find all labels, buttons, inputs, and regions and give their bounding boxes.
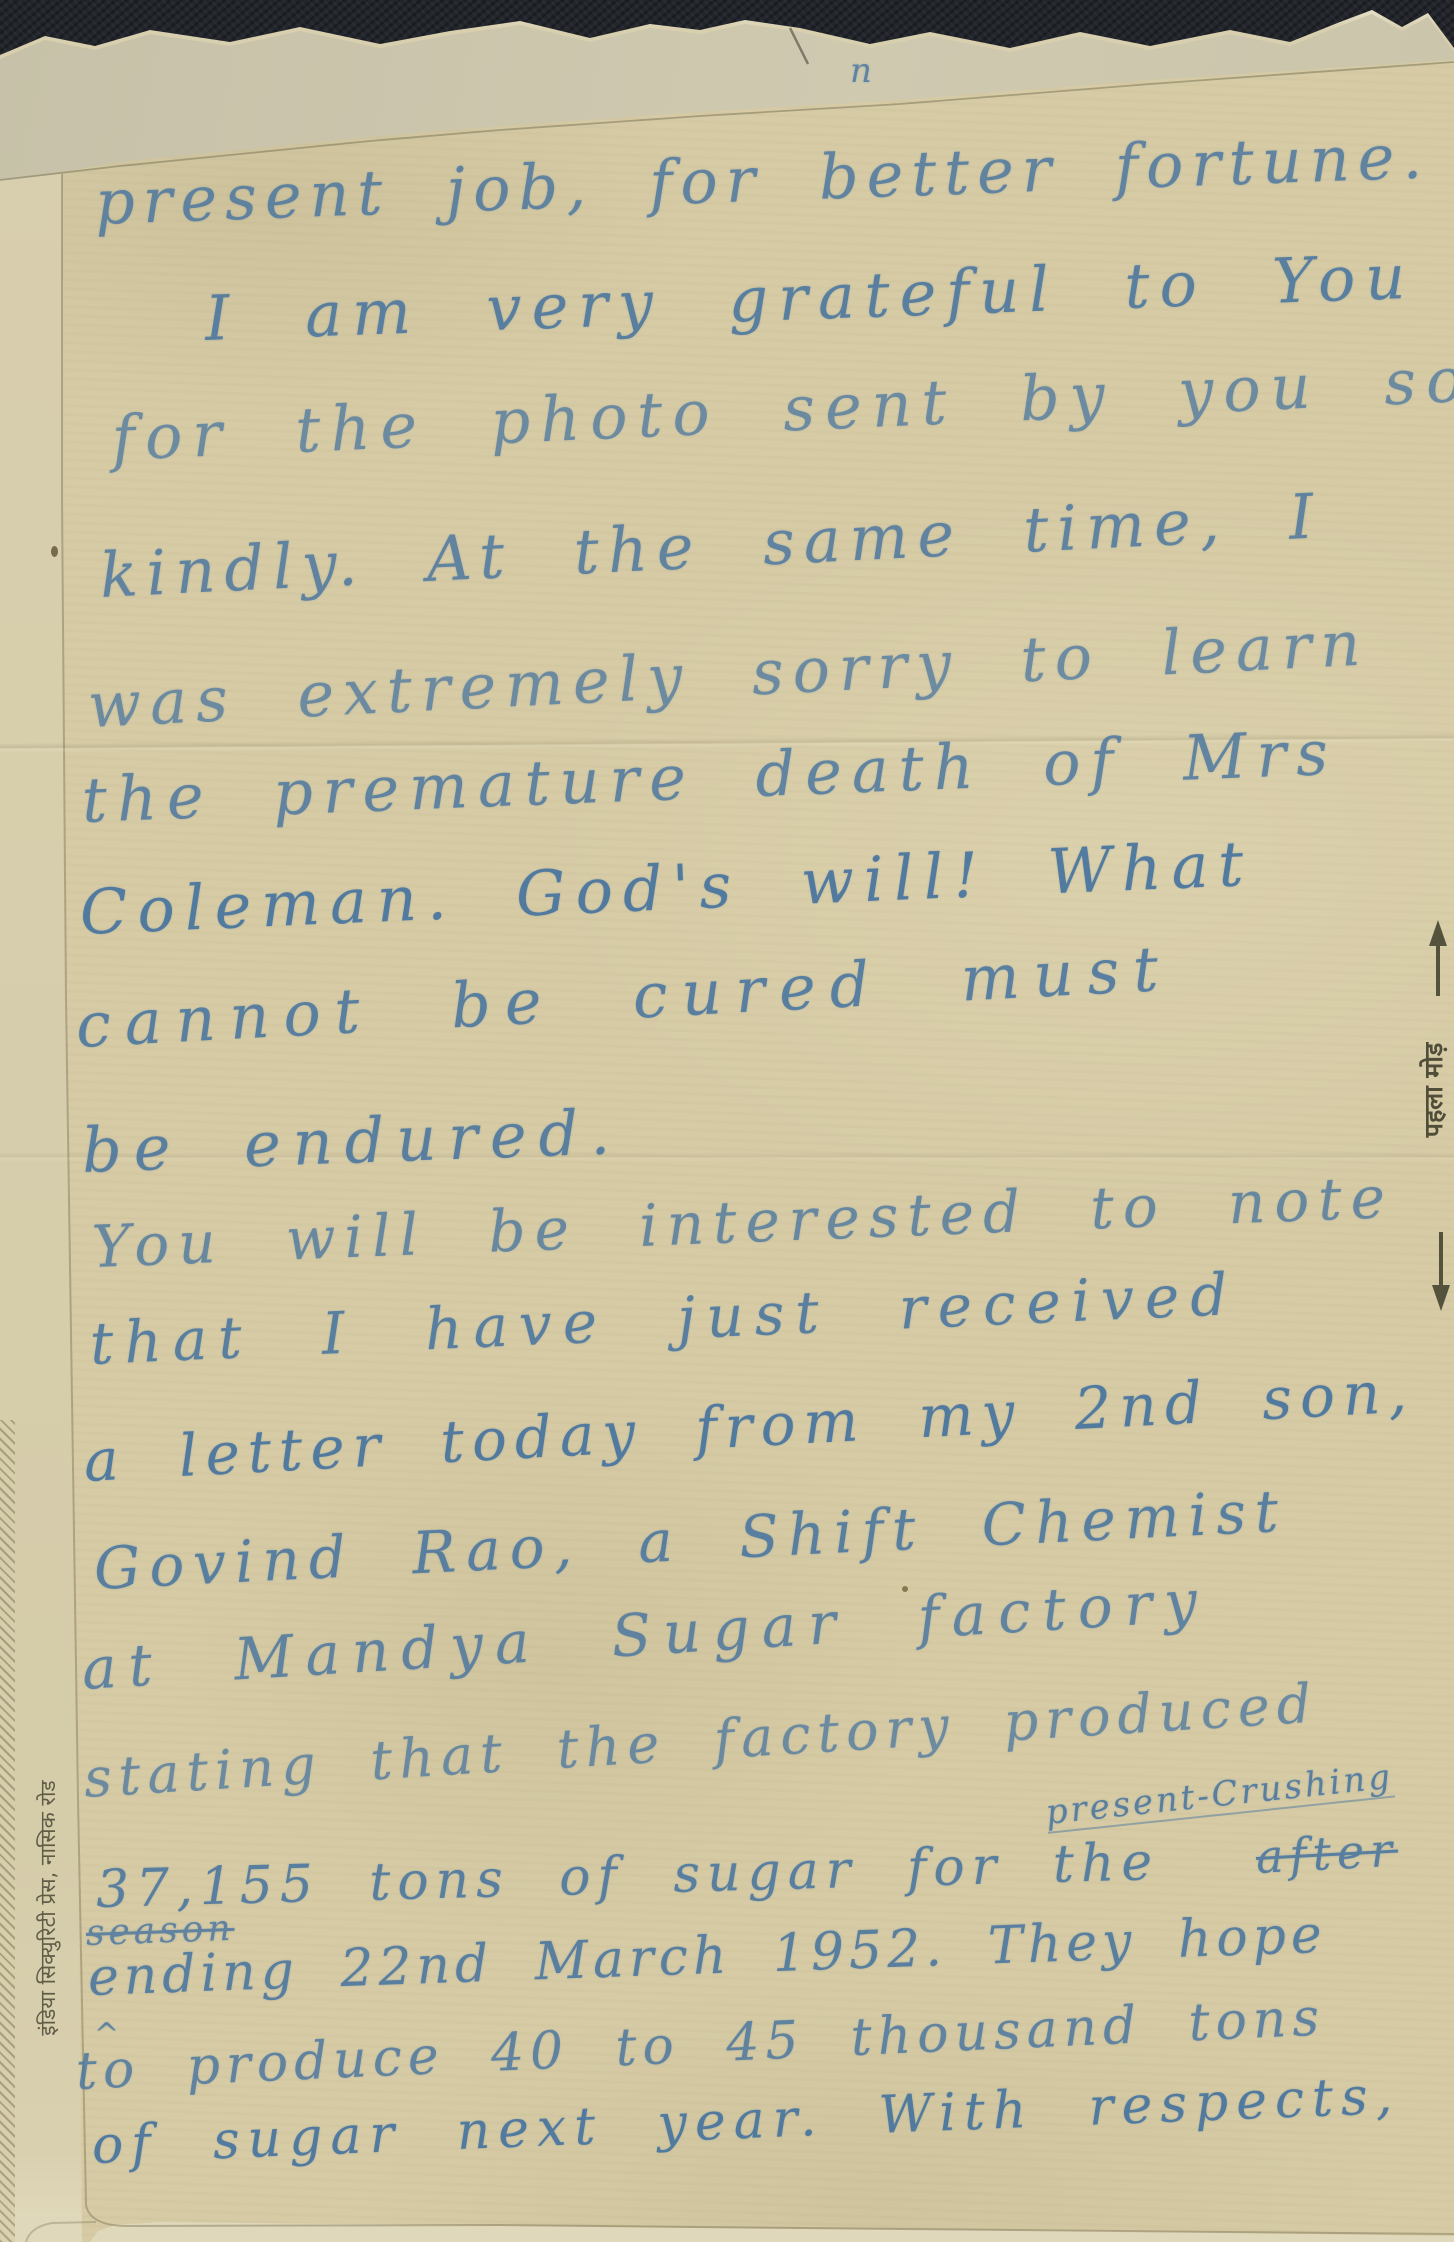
up-arrow-icon	[1423, 918, 1453, 998]
stray-ink-mark: n	[850, 54, 872, 88]
first-fold-label: पहला मोड़	[1416, 1015, 1450, 1165]
press-imprint-label: इंडिया सिक्युरिटी प्रेस, नासिक रोड	[34, 1708, 62, 2108]
caret-mark: ^	[94, 2020, 119, 2050]
handwriting-line: be endured.	[81, 1101, 623, 1182]
hatched-edge-strip	[0, 1420, 15, 2242]
struck-out-word: season	[85, 1911, 235, 1952]
letter-photo: पहला मोड़ इंडिया सिक्युरिटी प्रेस, नासिक…	[0, 0, 1454, 2242]
down-arrow-icon	[1426, 1228, 1454, 1313]
struck-out-word: after	[1255, 1827, 1399, 1880]
